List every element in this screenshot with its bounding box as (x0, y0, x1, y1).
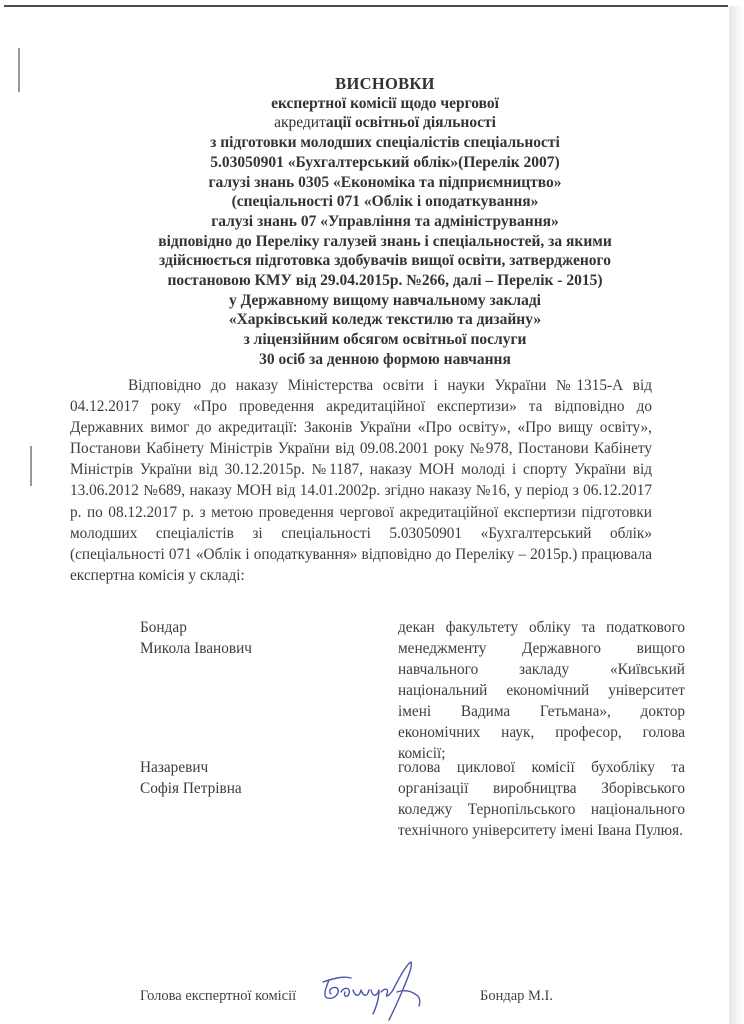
signature-label: Голова експертної комісії (140, 988, 296, 1005)
subtitle-line: 30 осіб за денною формою навчання (90, 350, 680, 370)
scan-top-edge (4, 5, 728, 7)
subtitle-bold-part: ації освітньої діяльності (326, 114, 496, 131)
member-name: Назаревич Софія Петрівна (140, 757, 340, 799)
scan-right-edge (729, 6, 744, 1024)
subtitle-line: з підготовки молодших спеціалістів спеці… (90, 133, 680, 153)
member-surname: Назаревич (140, 757, 340, 778)
signature-block: Голова експертної комісії Бондар М.І. (140, 980, 660, 1020)
subtitle-line: експертної комісії щодо чергової (90, 94, 680, 114)
subtitle-light-part: акредит (274, 114, 326, 131)
member-name: Бондар Микола Іванович (140, 617, 340, 659)
member-given-names: Микола Іванович (140, 638, 340, 659)
subtitle-line: (спеціальності 071 «Облік і оподаткуванн… (90, 192, 680, 212)
subtitle-line: постановою КМУ від 29.04.2015р. №266, да… (90, 271, 680, 291)
subtitle-line: галузі знань 07 «Управління та адміністр… (90, 212, 680, 232)
member-role: голова циклової комісії бухобліку та орг… (398, 757, 685, 841)
subtitle-line: акредитації освітньої діяльності (90, 113, 680, 133)
margin-mark (18, 48, 20, 92)
margin-mark (30, 446, 32, 486)
subtitle-line: з ліцензійним обсягом освітньої послуги (90, 330, 680, 350)
handwritten-signature-icon (315, 960, 430, 1024)
member-surname: Бондар (140, 617, 340, 638)
subtitle-line: здійснюється підготовка здобувачів вищої… (70, 251, 700, 271)
subtitle-line: галузі знань 0305 «Економіка та підприєм… (90, 173, 680, 193)
member-role: декан факультету обліку та податкового м… (398, 617, 685, 764)
subtitle-line: відповідно до Переліку галузей знань і с… (70, 232, 700, 252)
document-header: ВИСНОВКИ експертної комісії щодо чергово… (90, 74, 680, 370)
member-given-names: Софія Петрівна (140, 778, 340, 799)
signatory-name: Бондар М.І. (480, 988, 553, 1005)
subtitle-line: 5.03050901 «Бухгалтерський облік»(Перелі… (90, 153, 680, 173)
subtitle-line: «Харківський коледж текстилю та дизайну» (90, 310, 680, 330)
document-title: ВИСНОВКИ (90, 74, 680, 94)
body-paragraph: Відповідно до наказу Міністерства освіти… (70, 375, 652, 586)
subtitle-line: у Державному вищому навчальному закладі (90, 291, 680, 311)
